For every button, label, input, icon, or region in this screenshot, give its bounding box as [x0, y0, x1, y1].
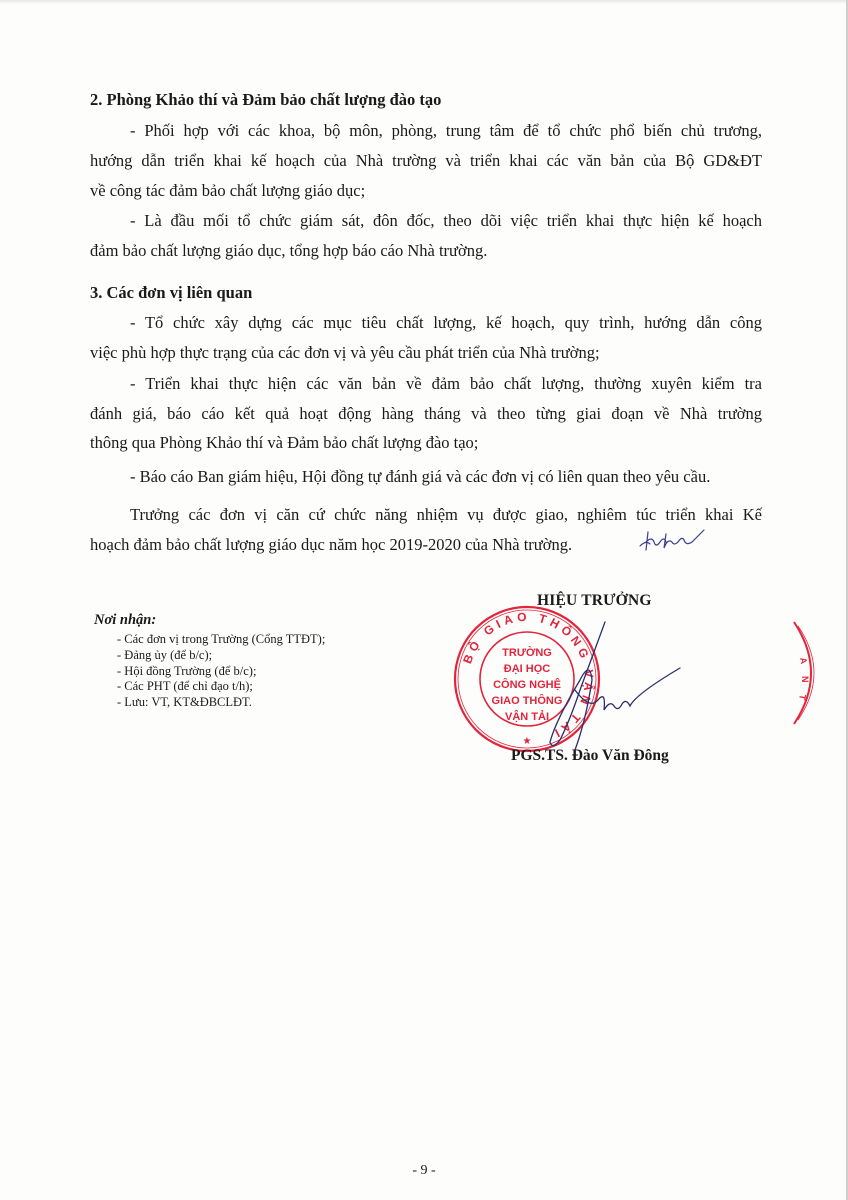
section-2-item-2-line-1: - Là đầu mối tổ chức giám sát, đôn đốc, …	[130, 211, 762, 231]
recipients-title: Nơi nhận:	[94, 612, 156, 629]
svg-text:N: N	[800, 676, 810, 683]
recipients-list: - Các đơn vị trong Trường (Cổng TTĐT); -…	[117, 632, 325, 711]
section-3-item-2-line-3: thông qua Phòng Khảo thí và Đảm bảo chất…	[90, 433, 478, 453]
section-3-item-1-line-2: việc phù hợp thực trạng của các đơn vị v…	[90, 343, 600, 363]
section-2-item-1-line-2: hướng dẫn triển khai kế hoạch của Nhà tr…	[90, 151, 762, 171]
page-number: - 9 -	[0, 1163, 848, 1179]
recipient-item: - Các đơn vị trong Trường (Cổng TTĐT);	[117, 632, 325, 648]
partial-stamp-edge: A N T	[790, 618, 830, 728]
handwritten-initials	[636, 524, 706, 554]
handwritten-signature	[520, 620, 690, 760]
recipient-item: - Hội đồng Trường (để b/c);	[117, 664, 325, 680]
section-3-item-3-line-1: - Báo cáo Ban giám hiệu, Hội đồng tự đán…	[130, 467, 762, 487]
recipient-item: - Đảng ủy (để b/c);	[117, 648, 325, 664]
recipient-item: - Các PHT (để chỉ đạo t/h);	[117, 679, 325, 695]
section-2-heading: 2. Phòng Khảo thí và Đảm bảo chất lượng …	[90, 90, 441, 110]
recipient-item: - Lưu: VT, KT&ĐBCLĐT.	[117, 695, 325, 711]
section-3-item-2-line-2: đánh giá, báo cáo kết quả hoạt động hàng…	[90, 404, 762, 424]
section-3-item-1-line-1: - Tổ chức xây dựng các mục tiêu chất lượ…	[130, 313, 762, 333]
svg-text:T: T	[797, 694, 808, 702]
svg-text:A: A	[798, 657, 809, 666]
section-2-item-1-line-1: - Phối hợp với các khoa, bộ môn, phòng, …	[130, 121, 762, 141]
scan-edge-top	[0, 0, 848, 4]
closing-line-1: Trưởng các đơn vị căn cứ chức năng nhiệm…	[130, 505, 762, 525]
section-3-heading: 3. Các đơn vị liên quan	[90, 283, 252, 303]
signatory-name: PGS.TS. Đào Văn Đông	[511, 747, 669, 765]
section-2-item-1-line-3: về công tác đảm bảo chất lượng giáo dục;	[90, 181, 365, 201]
section-3-item-2-line-1: - Triển khai thực hiện các văn bản về đả…	[130, 374, 762, 394]
document-page: 2. Phòng Khảo thí và Đảm bảo chất lượng …	[0, 0, 848, 1200]
section-2-item-2-line-2: đảm bảo chất lượng giáo dục, tổng hợp bá…	[90, 241, 487, 261]
closing-line-2: hoạch đảm bảo chất lượng giáo dục năm họ…	[90, 535, 572, 555]
